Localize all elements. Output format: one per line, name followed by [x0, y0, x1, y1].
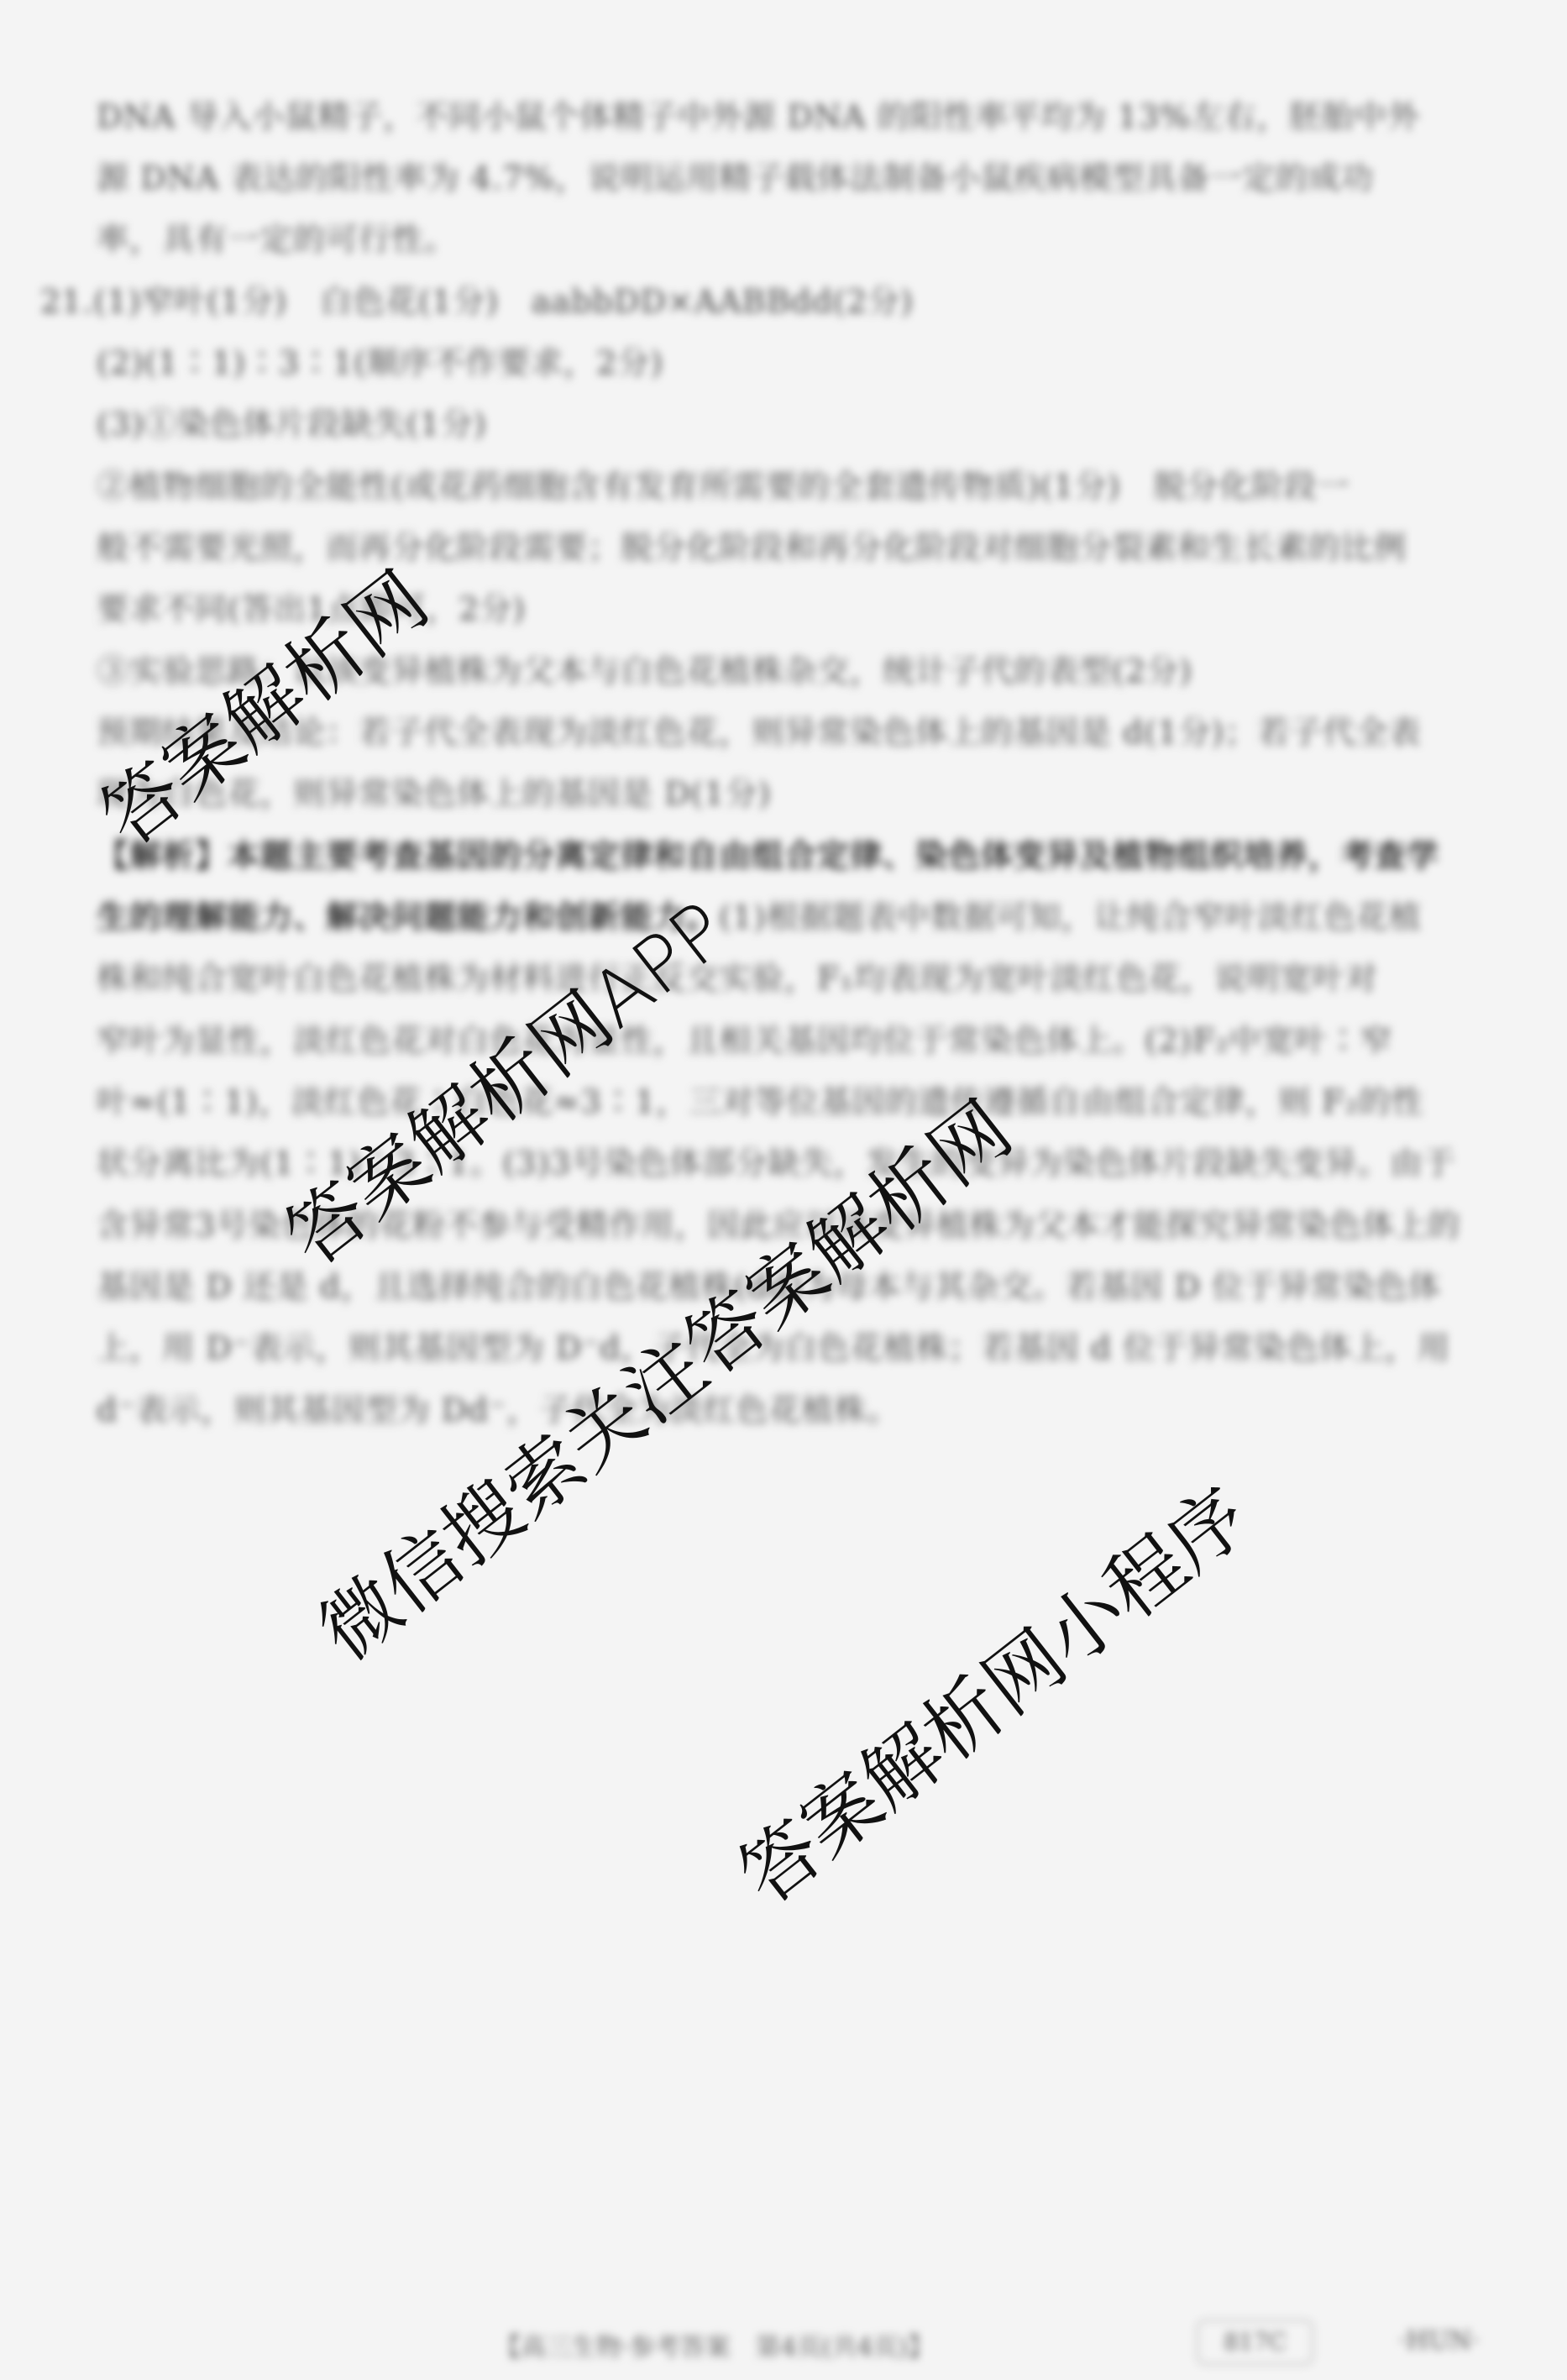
document-body: DNA 导入小鼠精子，不同小鼠个体精子中外源 DNA 的阳性率平均为 13%左右…: [0, 0, 1567, 2380]
footer-code: 817C: [1197, 2320, 1313, 2365]
analysis-heading: 【解析】本题主要考查基因的分离定律和自由组合定律、染色体变异及植物组织培养，考查…: [97, 836, 1439, 876]
analysis-line: 生的理解能力、解决问题能力和创新能力。(1)根据题表中数据可知，让纯合窄叶淡红色…: [97, 897, 1422, 937]
text-line: 源 DNA 表达的阳性率为 4.7%，说明运用精子载体法制备小鼠疾病模型具备一定…: [97, 158, 1374, 198]
text-line: 般不需要光照，而再分化阶段需要；脱分化阶段和再分化阶段对细胞分裂素和生长素的比例: [97, 527, 1407, 568]
analysis-line: d⁻表示，则其基因型为 Dd⁻，子代全为淡红色花植株。: [97, 1390, 899, 1430]
question-21-line: 21.(1)窄叶(1分) 白色花(1分) aabbDD×AABBdd(2分): [40, 281, 914, 322]
text-line: ②植物细胞的全能性(或花药细胞含有发育所需要的全套遗传物质)(1分) 脱分化阶段…: [97, 466, 1350, 506]
text-line: 率，具有一定的可行性。: [97, 219, 457, 259]
analysis-line: 窄叶为显性，淡红色花对白色花为显性，且相关基因均位于常染色体上。(2)F₂中宽叶…: [97, 1020, 1392, 1061]
text-line: (3)①染色体片段缺失(1分): [97, 404, 487, 444]
footer-page-label: 【高三生物·参考答案 第4页(共4页)】: [495, 2326, 933, 2363]
analysis-text: (1)根据题表中数据可知，让纯合窄叶淡红色花植: [719, 899, 1422, 936]
analysis-line: 叶≈(1∶1)，淡红色花∶白色花≈3∶1，三对等位基因的遗传遵循自由组合定律，则…: [97, 1082, 1424, 1122]
text-line: (2)(1∶1)∶3∶1(顺序不作要求，2分): [97, 343, 663, 383]
text-line: DNA 导入小鼠精子，不同小鼠个体精子中外源 DNA 的阳性率平均为 13%左右…: [97, 97, 1420, 137]
footer-region: ·HUN·: [1398, 2326, 1480, 2356]
